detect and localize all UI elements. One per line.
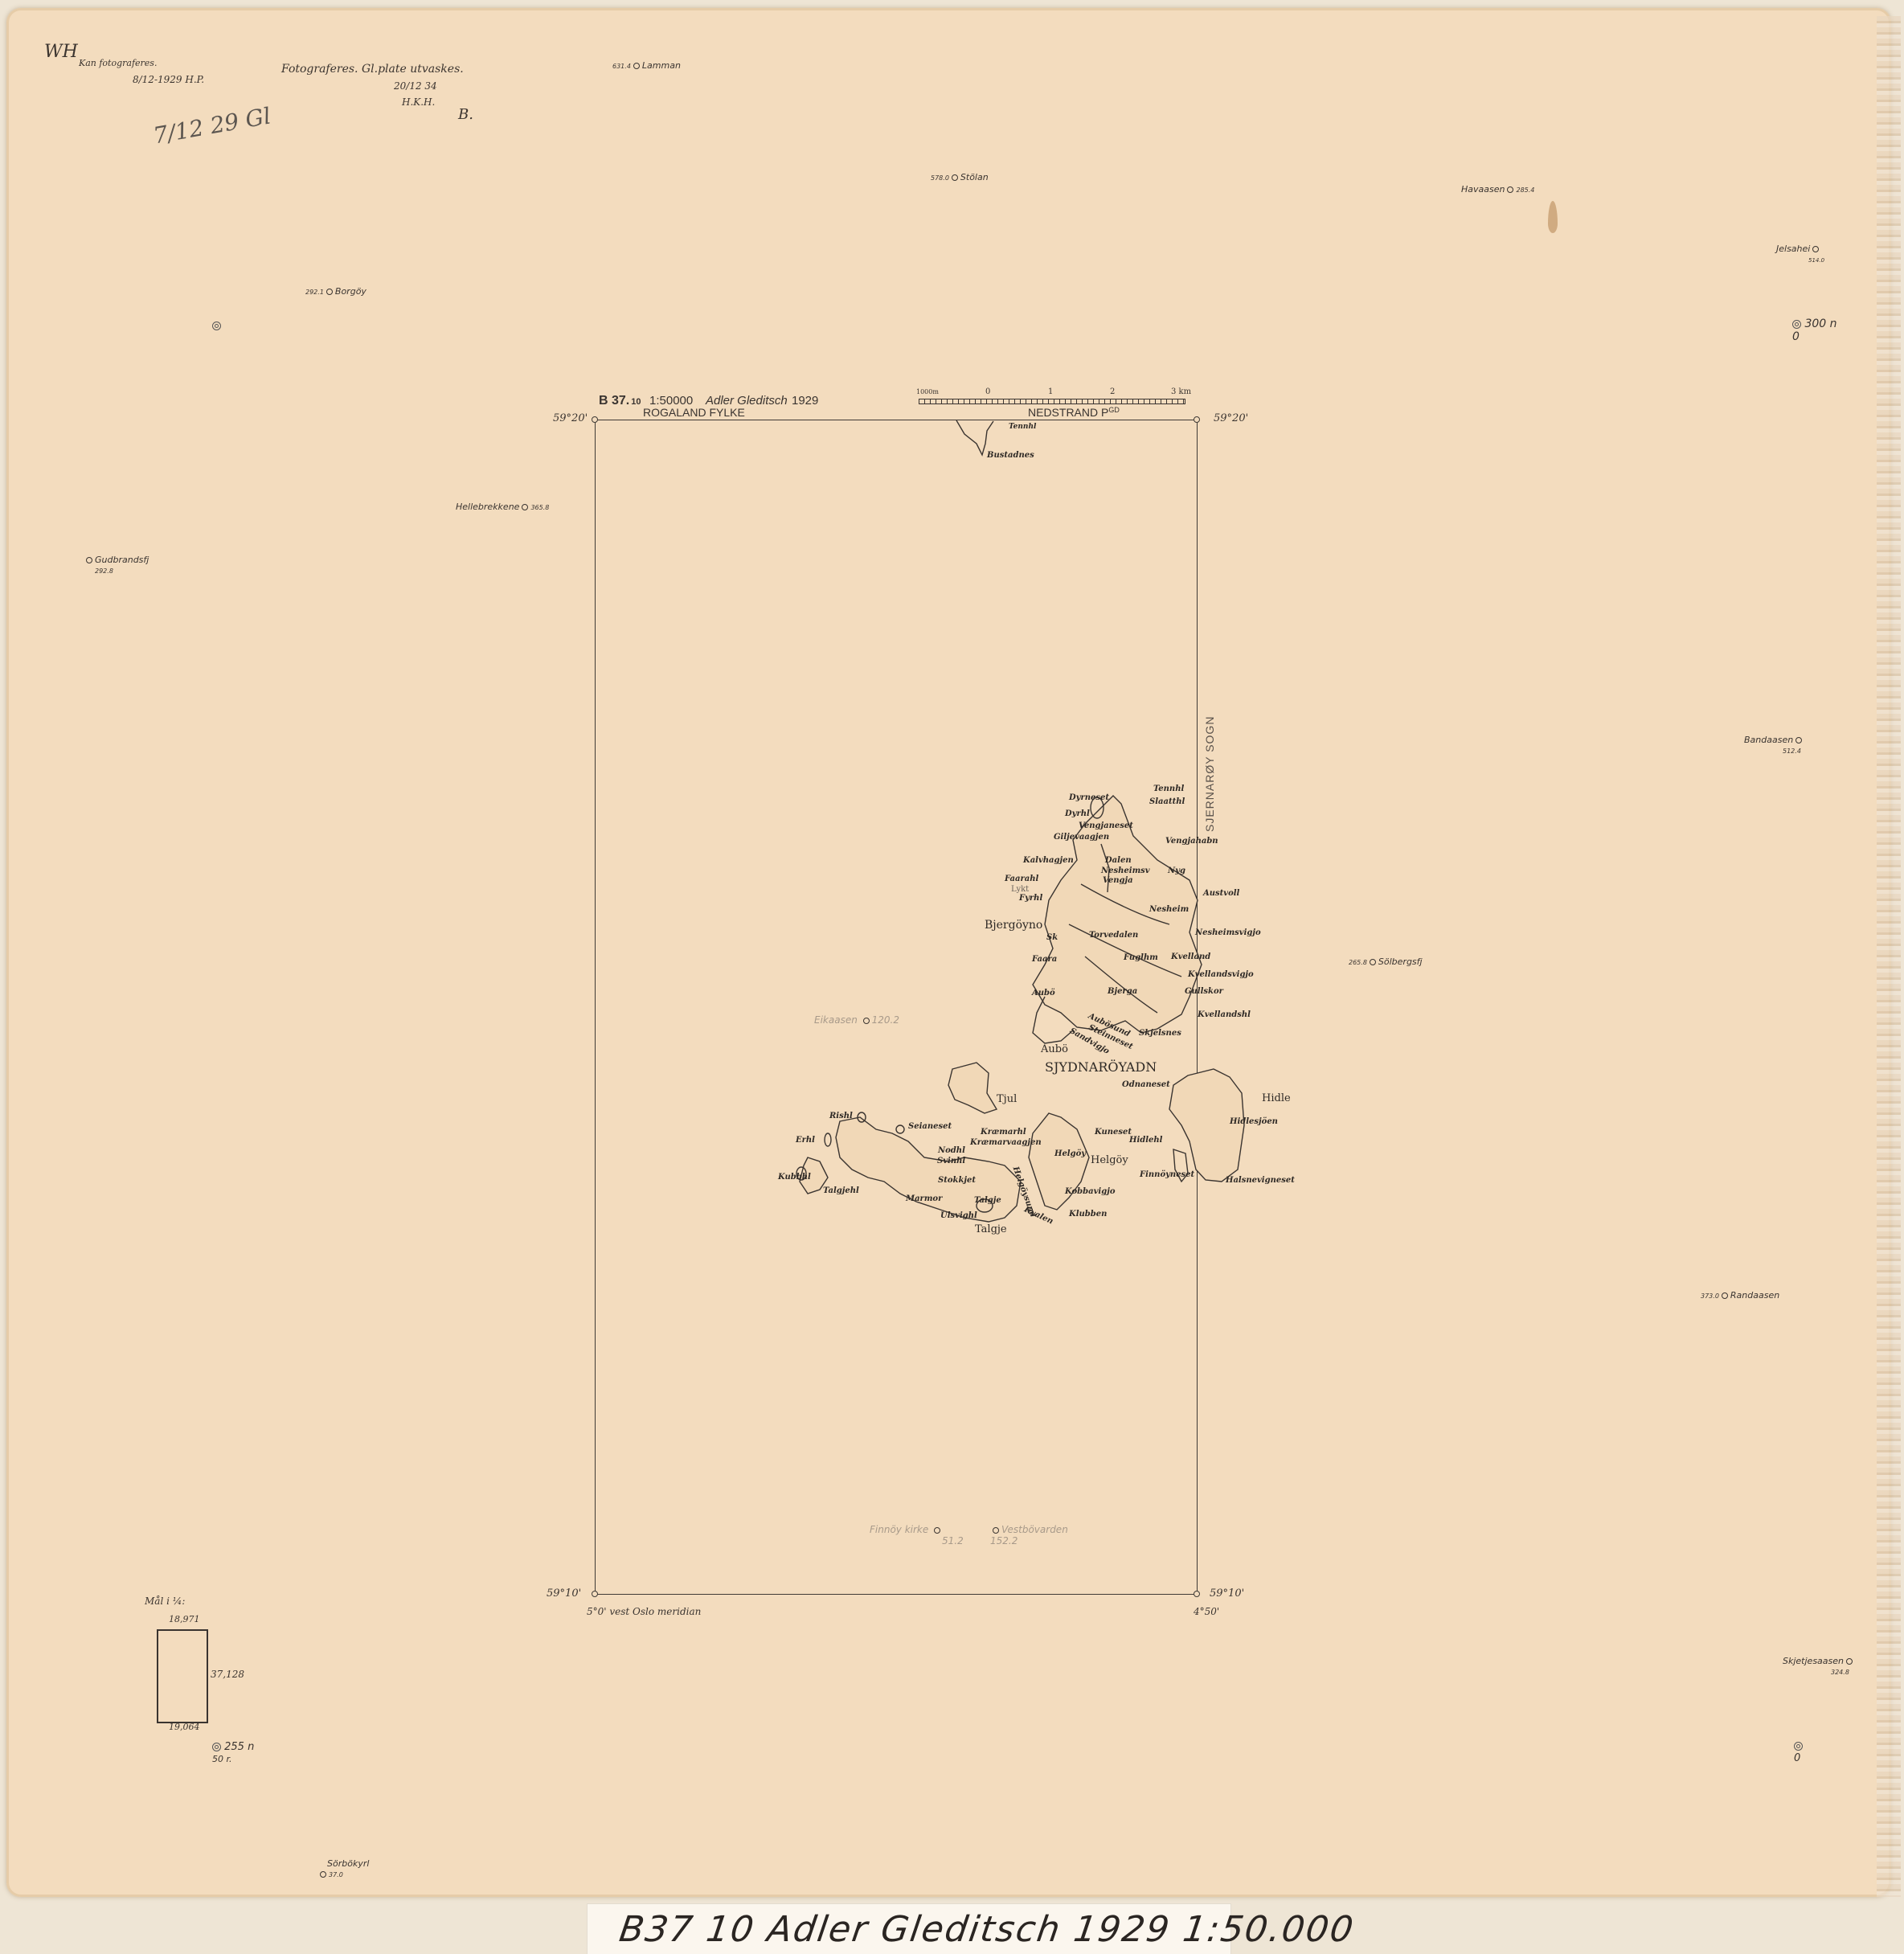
place-sk: Sk — [1046, 933, 1058, 942]
place-helgoy: Helgöy — [1091, 1154, 1128, 1166]
place-austvoll: Austvoll — [1203, 889, 1239, 898]
place-kvellandsvigjo: Kvellandsvigjo — [1188, 970, 1254, 979]
place-slaatthl: Slaatthl — [1149, 797, 1185, 806]
catalog-label: B37 10 Adler Gleditsch 1929 1:50.000 — [587, 1903, 1231, 1954]
place-bjergoyno: Bjergöyno — [985, 919, 1042, 932]
place-vengja: Vengja — [1103, 876, 1133, 885]
place-nesheimsv: Nesheimsv — [1101, 866, 1150, 875]
place-fyrhl: Fyrhl — [1019, 894, 1042, 903]
place-nodhl: Nodhl — [938, 1146, 965, 1155]
place-tjul: Tjul — [997, 1093, 1017, 1105]
place-vengjahabn: Vengjahabn — [1165, 837, 1218, 846]
place-erhl: Erhl — [796, 1136, 815, 1145]
catalog-label-text: B37 10 Adler Gleditsch 1929 1:50.000 — [616, 1909, 1357, 1950]
place-halsnevigneset: Halsnevigneset — [1226, 1176, 1295, 1185]
place-tennhl: Tennhl — [1009, 423, 1036, 431]
place-kraemarvaagjen: Kræmarvaagjen — [970, 1138, 1042, 1147]
coastline-drawing — [0, 0, 1904, 1954]
place-torvedalen: Torvedalen — [1089, 931, 1138, 940]
place-ulsvighl: Ulsvighl — [940, 1211, 977, 1220]
place-odnaneset: Odnaneset — [1122, 1080, 1170, 1089]
place-kuneset: Kuneset — [1095, 1128, 1132, 1137]
place-faara: Faara — [1032, 955, 1057, 964]
place-faarahl: Faarahl — [1005, 875, 1038, 883]
place-dyrhl: Dyrhl — [1065, 809, 1090, 818]
place-kvellandshl: Kvellandshl — [1198, 1010, 1251, 1019]
place-stokkjet: Stokkjet — [938, 1176, 976, 1185]
place-tennhl-adn: Tennhl — [1153, 784, 1184, 793]
place-lykt: Lykt — [1011, 885, 1029, 894]
place-aubo: Aubö — [1041, 1043, 1068, 1055]
place-talgje: Talgje — [975, 1223, 1007, 1235]
place-giljevaagjen: Giljevaagjen — [1054, 833, 1109, 842]
place-vengjaneset: Vengjaneset — [1079, 821, 1133, 830]
place-rishl: Rishl — [829, 1112, 853, 1120]
place-hidle: Hidle — [1262, 1092, 1291, 1104]
place-kvelland: Kvelland — [1171, 952, 1210, 961]
place-fuglhm: Fuglhm — [1124, 953, 1158, 962]
place-sjydnaroyadn: SJYDNARÖYADN — [1045, 1059, 1157, 1075]
place-nyg: Nyg — [1168, 866, 1185, 875]
place-hidlesjoen: Hidlesjöen — [1230, 1117, 1278, 1126]
place-nesheim: Nesheim — [1149, 905, 1189, 914]
place-gullskor: Gullskor — [1185, 987, 1223, 996]
place-hidlehl: Hidlehl — [1129, 1136, 1162, 1145]
place-dyrneset: Dyrneset — [1069, 793, 1109, 802]
place-dalen: Dalen — [1105, 856, 1132, 865]
place-bustadnes: Bustadnes — [987, 451, 1034, 460]
place-bjerga: Bjerga — [1108, 987, 1137, 996]
place-finnoyneset: Finnöyneset — [1140, 1170, 1194, 1179]
place-svinhl: Svinhl — [937, 1157, 965, 1165]
place-talgjehl: Talgjehl — [823, 1186, 859, 1195]
place-talgje-farm: Talgje — [974, 1196, 1001, 1205]
place-kubbhl: Kubbhl — [778, 1173, 811, 1182]
place-aubo-farm: Aubö — [1032, 989, 1055, 997]
place-kraemarhl: Kræmarhl — [981, 1128, 1026, 1137]
place-nesheimsvigjo: Nesheimsvigjo — [1195, 928, 1261, 937]
place-skjelsnes: Skjelsnes — [1139, 1029, 1181, 1038]
place-kobbavigjo: Kobbavigjo — [1065, 1187, 1116, 1196]
place-helgoy-farm: Helgöy — [1054, 1149, 1086, 1158]
place-klubben: Klubben — [1069, 1210, 1107, 1219]
place-seianeset: Seianeset — [908, 1122, 952, 1131]
place-marmor: Marmor — [906, 1194, 942, 1203]
place-kalvhagjen: Kalvhagjen — [1023, 856, 1074, 865]
